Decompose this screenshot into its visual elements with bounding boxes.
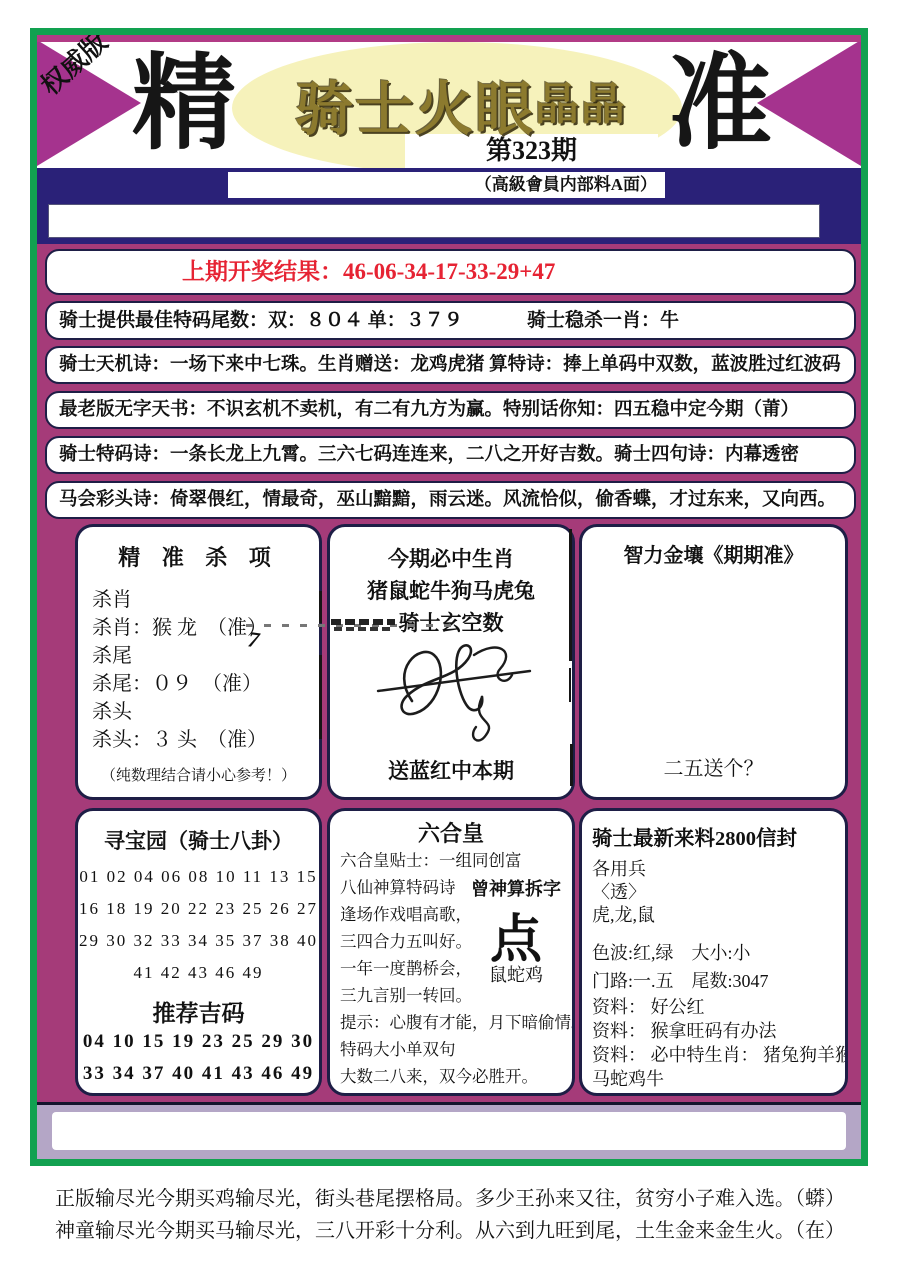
empty-white-box xyxy=(48,204,820,238)
material-line: 资料： 必中特生肖： 猪兔狗羊猴 xyxy=(592,1041,848,1067)
gold-soil-box: 智力金壤《期期准》 二五送个？ xyxy=(579,524,848,800)
zodiac-box-footer: 送蓝红中本期 xyxy=(330,755,572,785)
material-line: 马蛇鸡牛 xyxy=(592,1065,664,1091)
number-line: 16 18 19 20 22 23 25 26 27 xyxy=(78,899,319,919)
lucky-codes-subtitle: 推荐吉码 xyxy=(78,995,319,1028)
scan-line-artifact xyxy=(569,529,572,661)
treasure-garden-title: 寻宝园（骑士八卦） xyxy=(78,825,319,855)
kill-line: 杀头：３ 头 （准） xyxy=(92,723,267,752)
gold-soil-footer: 二五送个？ xyxy=(582,752,845,781)
shentong-line: 神童输尽光今期买马输尽光，三八开彩十分利。从六到九旺到尾，土生金来金生火。（在） xyxy=(0,1214,900,1243)
material-line: 门路:一.五 尾数:3047 xyxy=(592,967,769,993)
king-line: 八仙神算特码诗 xyxy=(340,874,456,898)
kill-section-title: 精 准 杀 项 xyxy=(78,541,319,572)
right-big-character: 准 xyxy=(668,50,772,160)
liuhe-king-box: 六合皇 六合皇贴士：一组同创富 八仙神算特码诗 逢场作戏唱高歌， 三四合力五叫好… xyxy=(327,808,575,1096)
king-line: 特码大小单双句 xyxy=(340,1036,456,1060)
wuzi-tianshu-row: 最老版无字天书：不识玄机不卖机，有二有九方为赢。特别话你知：四五稳中定今期（莆） xyxy=(45,391,856,429)
kill-line: 杀肖 xyxy=(92,583,132,612)
kill-line: 杀头 xyxy=(92,695,132,724)
number-line: 41 42 43 46 49 xyxy=(78,963,319,983)
kill-line: 杀尾 xyxy=(92,639,132,668)
lottery-flyer-page: 第323期 骑士火眼晶晶 精 准 权威版 （高級會員内部料A面） 上期开奖结果：… xyxy=(0,0,900,1267)
king-line: 大数二八来，双今必胜开。 xyxy=(340,1063,538,1087)
king-line: 一年一度鹊桥会， xyxy=(340,955,472,979)
word-split-zodiacs: 鼠蛇鸡 xyxy=(460,961,572,987)
liuhe-king-title: 六合皇 xyxy=(330,817,572,848)
tianji-poem-row: 骑士天机诗：一场下来中七珠。生肖赠送：龙鸡虎猪 算特诗：捧上单码中双数，蓝波胜过… xyxy=(45,346,856,384)
masthead-title-main: 骑士火眼 xyxy=(295,77,535,142)
kill-zodiac-text: 骑士稳杀一肖：牛 xyxy=(527,303,679,338)
handwritten-mark: 7 xyxy=(246,626,261,653)
gold-soil-title: 智力金壤《期期准》 xyxy=(582,539,845,568)
tema-poem-row: 骑士特码诗：一条长龙上九霄。三六七码连连来，二八之开好吉数。骑士四句诗：内幕透密 xyxy=(45,436,856,474)
zodiac-prediction-box: 今期必中生肖 猪鼠蛇牛狗马虎兔 骑士玄空数 送蓝红中本期 xyxy=(327,524,575,800)
tail-number-row: 骑士提供最佳特码尾数：双：８０４ 单：３７９ 骑士稳杀一肖：牛 xyxy=(45,301,856,340)
material-line: 资料： 好公红 xyxy=(592,993,705,1019)
scan-line-artifact xyxy=(570,744,573,786)
material-line: 资料： 猴拿旺码有办法 xyxy=(592,1017,777,1043)
lucky-number-line: 33 34 37 40 41 43 46 49 xyxy=(78,1063,319,1085)
lucky-number-line: 04 10 15 19 23 25 29 30 xyxy=(78,1031,319,1053)
top-magenta-strip xyxy=(37,35,861,42)
lavender-white-box xyxy=(52,1112,846,1150)
scan-line-artifact xyxy=(569,668,571,702)
number-line: 01 02 04 06 08 10 11 13 15 xyxy=(78,867,319,887)
ink-smudge xyxy=(331,619,395,625)
treasure-garden-box: 寻宝园（骑士八卦） 01 02 04 06 08 10 11 13 15 16 … xyxy=(75,808,322,1096)
masthead-title: 骑士火眼晶晶 xyxy=(240,62,682,146)
caitou-poem-row: 马会彩头诗：倚翠偎红，情最奇，巫山黯黯，雨云迷。风流恰似，偷香蝶，才过东来，又向… xyxy=(45,481,856,519)
kill-section-box: 精 准 杀 项 杀肖 杀肖：猴 龙 （准） 杀尾 杀尾：０９ （准） 杀头 杀头… xyxy=(75,524,322,800)
scan-line-artifact xyxy=(319,655,322,739)
king-line: 逢场作戏唱高歌， xyxy=(340,901,472,925)
king-line: 三四合力五叫好。 xyxy=(340,928,472,952)
zodiac-list: 猪鼠蛇牛狗马虎兔 xyxy=(330,575,572,605)
latest-material-title: 骑士最新来料2800信封 xyxy=(592,821,797,851)
right-triangle-decoration xyxy=(757,40,861,166)
king-line: 三九言别一转回。 xyxy=(340,982,472,1006)
kill-line: 杀肖：猴 龙 （准） xyxy=(92,611,267,640)
zodiac-heading: 今期必中生肖 xyxy=(330,543,572,573)
member-label: （高級會員内部料A面） xyxy=(228,172,665,198)
masthead-title-small: 晶晶 xyxy=(535,80,627,129)
left-big-character: 精 xyxy=(132,50,236,160)
tail-number-text: 骑士提供最佳特码尾数：双：８０４ 单：３７９ xyxy=(59,303,463,338)
ink-smudge xyxy=(334,627,392,631)
number-line: 29 30 32 33 34 35 37 38 40 xyxy=(78,931,319,951)
material-line: 虎,龙,鼠 xyxy=(592,901,655,927)
king-line: 六合皇贴士：一组同创富 xyxy=(340,847,522,871)
last-draw-result-row: 上期开奖结果：46-06-34-17-33-29+47 xyxy=(45,249,856,295)
latest-material-box: 骑士最新来料2800信封 各用兵 〈透〉 虎,龙,鼠 色波:红,绿 大小:小 门… xyxy=(579,808,848,1096)
signature-scribble-icon xyxy=(370,635,540,753)
scan-line-artifact xyxy=(319,591,322,623)
kill-line: 杀尾：０９ （准） xyxy=(92,667,262,696)
kill-section-note: （纯数理结合请小心参考！） xyxy=(78,764,319,785)
material-line: 色波:红,绿 大小:小 xyxy=(592,939,751,965)
shujinguang-line: 正版输尽光今期买鸡输尽光，街头巷尾摆格局。多少王孙来又往，贫穷小子难入选。（蟒） xyxy=(0,1182,900,1211)
king-line: 提示：心腹有才能，月下暗偷情。 xyxy=(340,1009,575,1033)
